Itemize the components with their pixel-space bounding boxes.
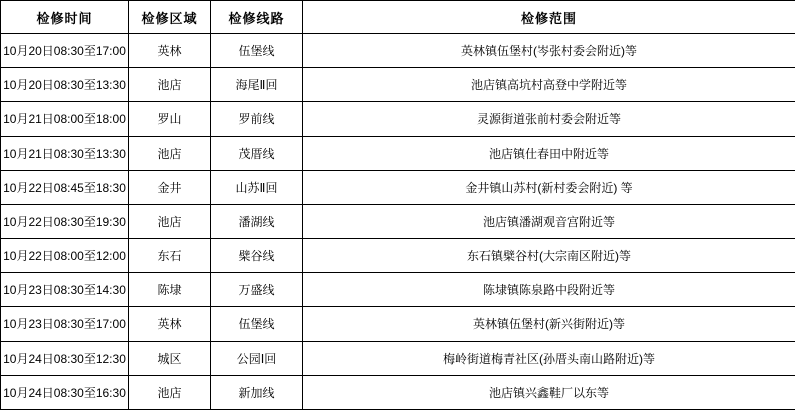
table-row: 10月22日08:45至18:30 金井 山苏Ⅱ回 金井镇山苏村(新村委会附近)… [1,170,795,204]
cell-maintenance-line: 新加线 [211,375,303,409]
cell-maintenance-range: 池店镇兴鑫鞋厂以东等 [303,375,795,409]
cell-maintenance-range: 东石镇檗谷村(大宗南区附近)等 [303,239,795,273]
table-row: 10月23日08:30至14:30 陈埭 万盛线 陈埭镇陈泉路中段附近等 [1,273,795,307]
col-header-range: 检修范围 [303,1,795,34]
cell-maintenance-time: 10月24日08:30至12:30 [1,341,129,375]
table-body: 10月20日08:30至17:00 英林 伍堡线 英林镇伍堡村(岑张村委会附近)… [1,34,795,410]
table-row: 10月21日08:30至13:30 池店 茂厝线 池店镇仕春田中附近等 [1,136,795,170]
col-header-area: 检修区域 [129,1,211,34]
cell-maintenance-area: 池店 [129,68,211,102]
table-row: 10月20日08:30至17:00 英林 伍堡线 英林镇伍堡村(岑张村委会附近)… [1,34,795,68]
cell-maintenance-area: 英林 [129,307,211,341]
cell-maintenance-area: 池店 [129,204,211,238]
cell-maintenance-line: 檗谷线 [211,239,303,273]
cell-maintenance-range: 灵源街道张前村委会附近等 [303,102,795,136]
cell-maintenance-area: 池店 [129,136,211,170]
cell-maintenance-time: 10月20日08:30至13:30 [1,68,129,102]
col-header-time: 检修时间 [1,1,129,34]
cell-maintenance-range: 金井镇山苏村(新村委会附近) 等 [303,170,795,204]
table-row: 10月22日08:30至19:30 池店 潘湖线 池店镇潘湖观音宫附近等 [1,204,795,238]
cell-maintenance-line: 茂厝线 [211,136,303,170]
cell-maintenance-time: 10月22日08:30至19:30 [1,204,129,238]
maintenance-notice-page: 检修时间 检修区域 检修线路 检修范围 10月20日08:30至17:00 英林… [0,0,795,410]
cell-maintenance-area: 英林 [129,34,211,68]
cell-maintenance-time: 10月22日08:45至18:30 [1,170,129,204]
cell-maintenance-line: 公园Ⅰ回 [211,341,303,375]
cell-maintenance-line: 海尾Ⅱ回 [211,68,303,102]
cell-maintenance-time: 10月20日08:30至17:00 [1,34,129,68]
table-row: 10月22日08:00至12:00 东石 檗谷线 东石镇檗谷村(大宗南区附近)等 [1,239,795,273]
cell-maintenance-range: 英林镇伍堡村(新兴街附近)等 [303,307,795,341]
cell-maintenance-time: 10月21日08:00至18:00 [1,102,129,136]
cell-maintenance-time: 10月23日08:30至14:30 [1,273,129,307]
cell-maintenance-range: 梅岭街道梅青社区(孙厝头南山路附近)等 [303,341,795,375]
cell-maintenance-line: 伍堡线 [211,307,303,341]
table-row: 10月24日08:30至12:30 城区 公园Ⅰ回 梅岭街道梅青社区(孙厝头南山… [1,341,795,375]
cell-maintenance-line: 山苏Ⅱ回 [211,170,303,204]
cell-maintenance-line: 万盛线 [211,273,303,307]
cell-maintenance-area: 城区 [129,341,211,375]
cell-maintenance-line: 潘湖线 [211,204,303,238]
cell-maintenance-area: 金井 [129,170,211,204]
cell-maintenance-time: 10月21日08:30至13:30 [1,136,129,170]
table-row: 10月21日08:00至18:00 罗山 罗前线 灵源街道张前村委会附近等 [1,102,795,136]
cell-maintenance-area: 罗山 [129,102,211,136]
cell-maintenance-range: 池店镇潘湖观音宫附近等 [303,204,795,238]
cell-maintenance-range: 池店镇仕春田中附近等 [303,136,795,170]
table-row: 10月23日08:30至17:00 英林 伍堡线 英林镇伍堡村(新兴街附近)等 [1,307,795,341]
cell-maintenance-time: 10月24日08:30至16:30 [1,375,129,409]
header-row: 检修时间 检修区域 检修线路 检修范围 [1,1,795,34]
cell-maintenance-range: 陈埭镇陈泉路中段附近等 [303,273,795,307]
cell-maintenance-time: 10月23日08:30至17:00 [1,307,129,341]
cell-maintenance-time: 10月22日08:00至12:00 [1,239,129,273]
cell-maintenance-range: 英林镇伍堡村(岑张村委会附近)等 [303,34,795,68]
cell-maintenance-area: 陈埭 [129,273,211,307]
table-row: 10月20日08:30至13:30 池店 海尾Ⅱ回 池店镇高坑村高登中学附近等 [1,68,795,102]
col-header-line: 检修线路 [211,1,303,34]
table-row: 10月24日08:30至16:30 池店 新加线 池店镇兴鑫鞋厂以东等 [1,375,795,409]
table-header: 检修时间 检修区域 检修线路 检修范围 [1,1,795,34]
cell-maintenance-line: 罗前线 [211,102,303,136]
maintenance-table: 检修时间 检修区域 检修线路 检修范围 10月20日08:30至17:00 英林… [0,0,795,410]
cell-maintenance-area: 池店 [129,375,211,409]
cell-maintenance-range: 池店镇高坑村高登中学附近等 [303,68,795,102]
cell-maintenance-line: 伍堡线 [211,34,303,68]
cell-maintenance-area: 东石 [129,239,211,273]
